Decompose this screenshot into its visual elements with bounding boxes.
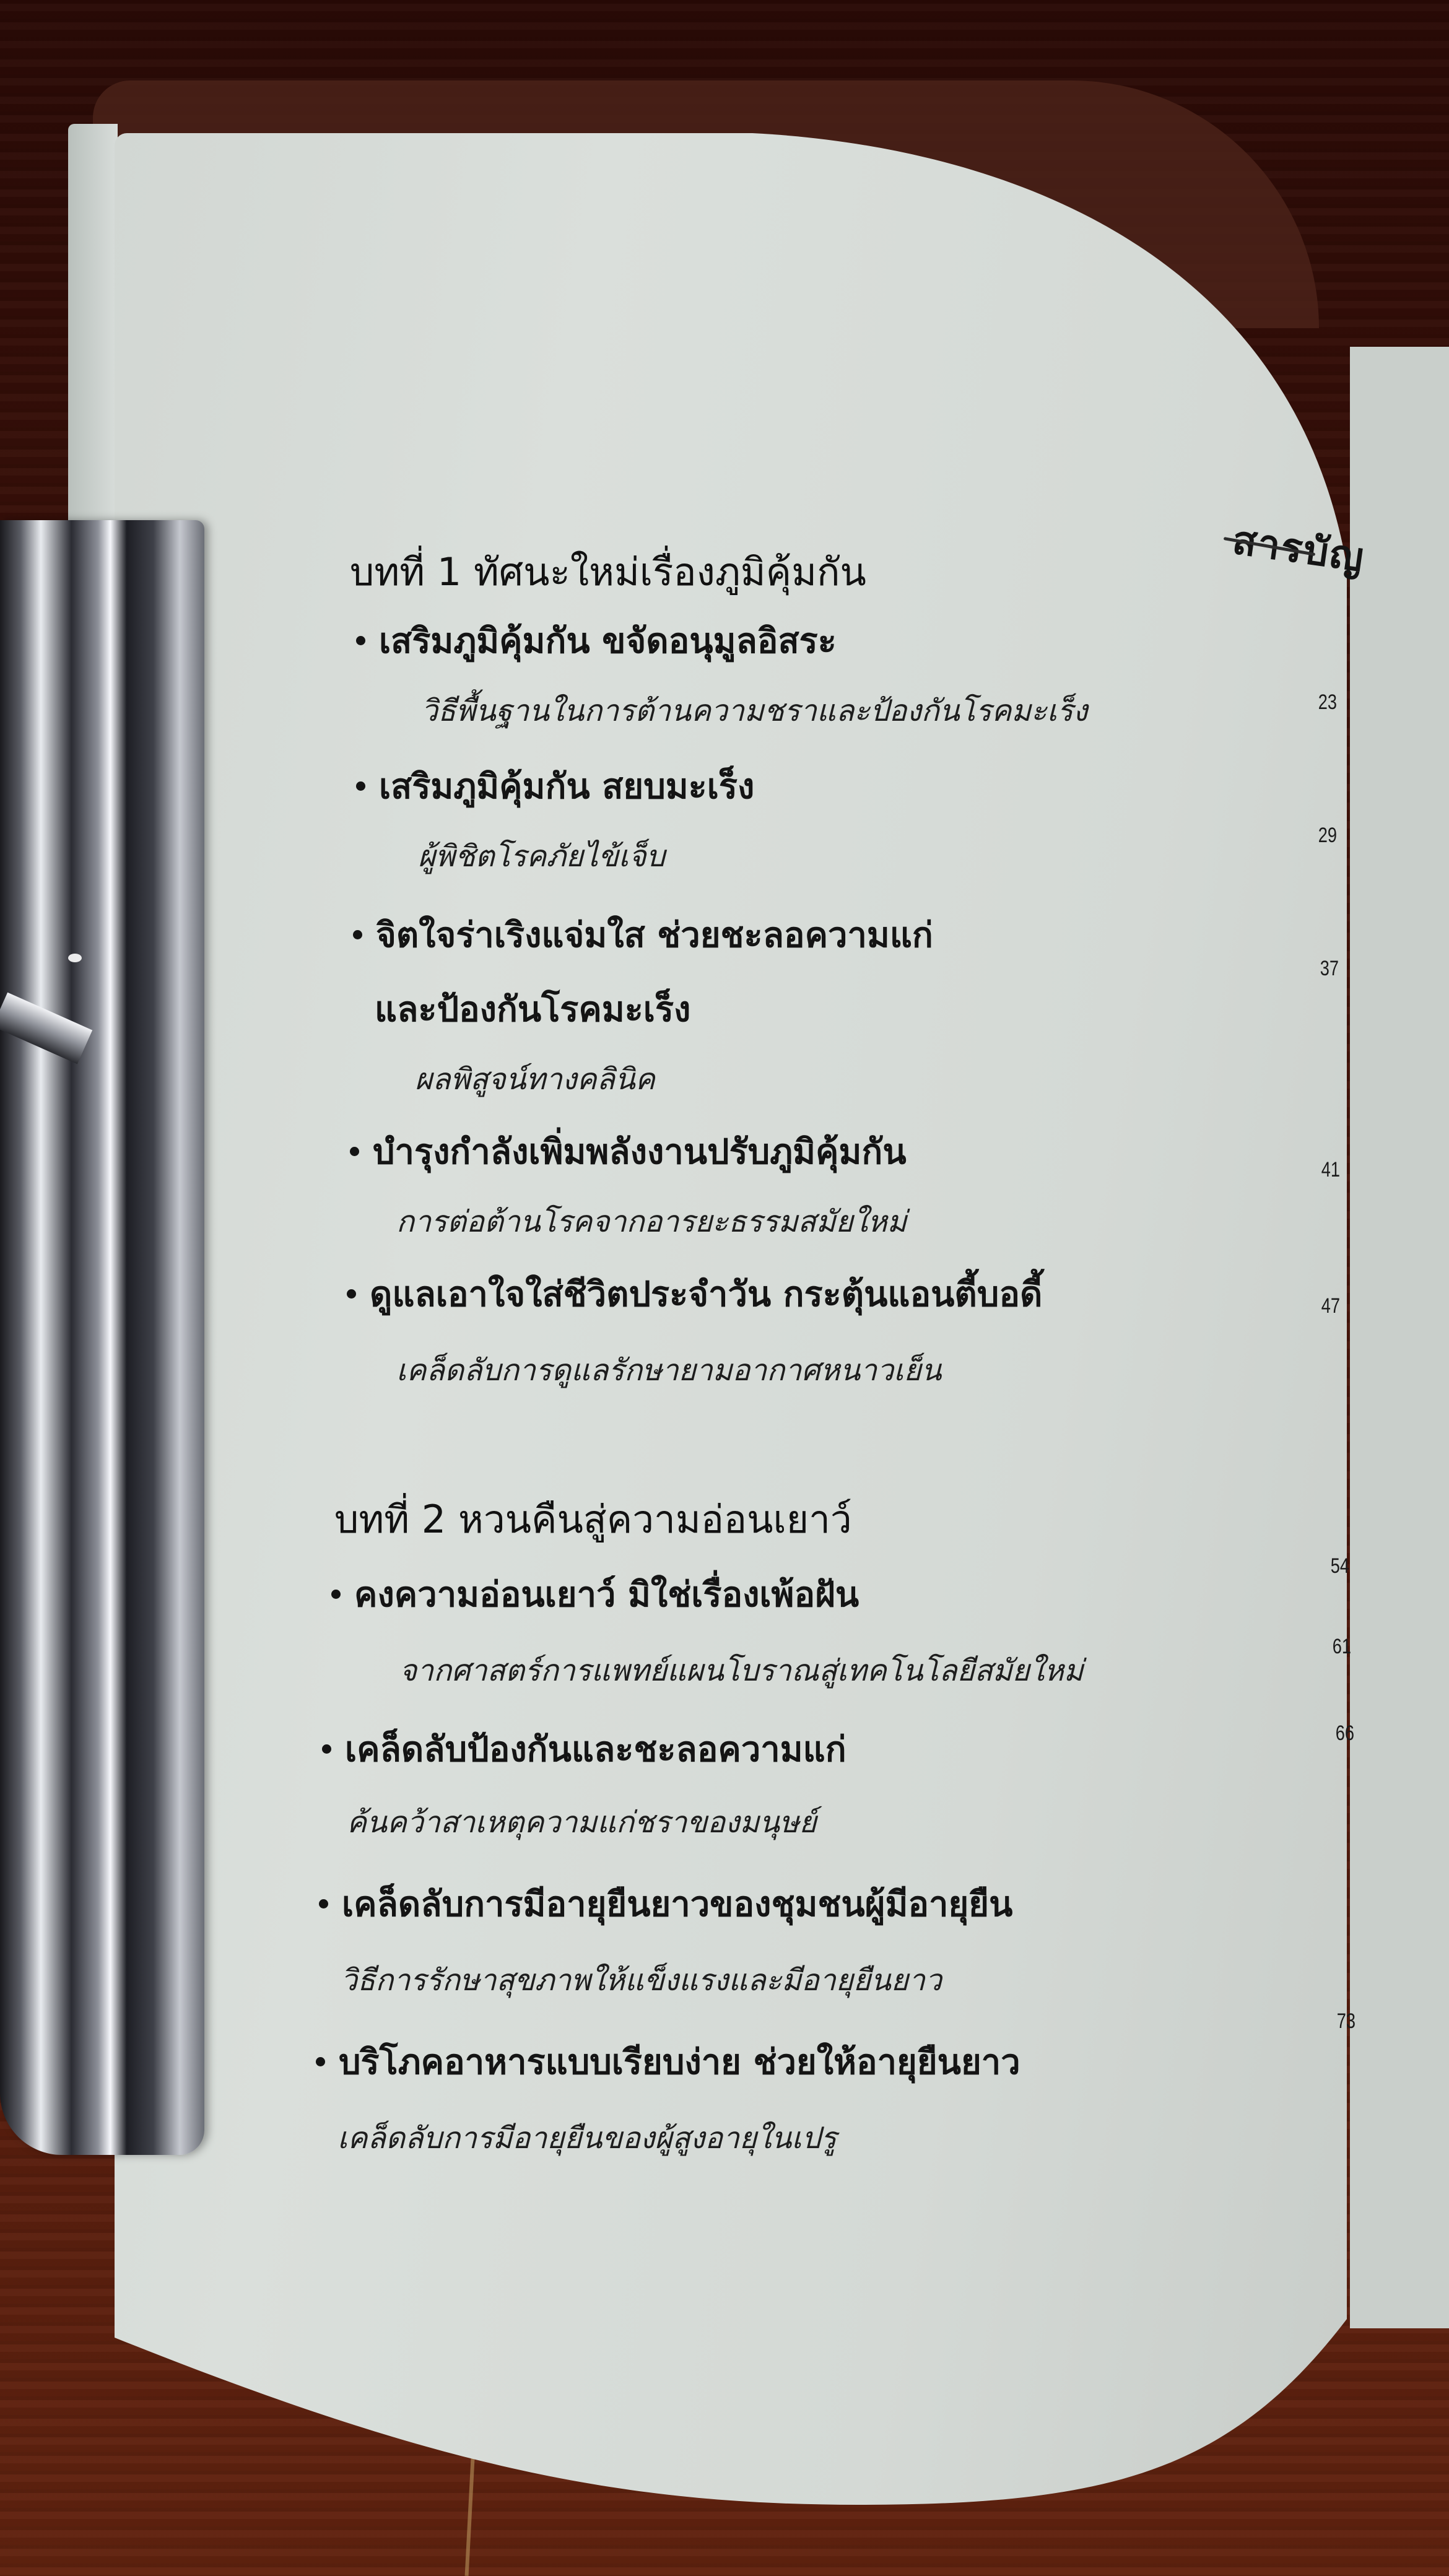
- toc-page-number: 47: [1321, 1294, 1340, 1318]
- toc-entry-title: เสริมภูมิคุ้มกัน สยบมะเร็ง: [356, 759, 754, 814]
- toc-page-number: 54: [1331, 1554, 1349, 1578]
- bullet-icon: [356, 636, 365, 645]
- bullet-icon: [347, 1289, 356, 1299]
- toc-entry-subtitle: วิธีการรักษาสุขภาพให้แข็งแรงและมีอายุยืน…: [341, 1957, 942, 2004]
- bullet-icon: [319, 1899, 328, 1908]
- metal-binder-clip: [0, 520, 204, 2155]
- toc-page-number: 61: [1333, 1635, 1351, 1659]
- toc-entry-subtitle: วิธีพื้นฐานในการต้านความชราและป้องกันโรค…: [421, 687, 1087, 734]
- toc-entry-title: เคล็ดลับป้องกันและชะลอความแก่: [322, 1721, 846, 1777]
- toc-page-number: 37: [1320, 957, 1339, 981]
- toc-page-number: 23: [1318, 690, 1337, 715]
- clip-highlight: [68, 954, 82, 962]
- underlying-page-edge: [1350, 347, 1449, 2328]
- toc-entry-subtitle: การต่อต้านโรคจากอารยะธรรมสมัยใหม่: [396, 1198, 907, 1245]
- toc-page-number: 29: [1318, 824, 1337, 848]
- bullet-icon: [322, 1744, 331, 1754]
- toc-entry-title: คงความอ่อนเยาว์ มิใช่เรื่องเพ้อฝัน: [331, 1567, 859, 1622]
- toc-entry-title: บริโภคอาหารแบบเรียบง่าย ช่วยให้อายุยืนยา…: [316, 2034, 1020, 2089]
- toc-entry-title: เคล็ดลับการมีอายุยืนยาวของชุมชนผู้มีอายุ…: [319, 1876, 1012, 1931]
- bullet-icon: [353, 930, 362, 939]
- toc-page-number: 73: [1337, 2009, 1355, 2034]
- toc-entry-subtitle: เคล็ดลับการดูแลรักษายามอากาศหนาวเย็น: [396, 1347, 941, 1394]
- bullet-icon: [316, 2057, 325, 2066]
- chapter-2-title: บทที่ 2 หวนคืนสู่ความอ่อนเยาว์: [334, 1489, 852, 1550]
- toc-page-number: 41: [1321, 1158, 1340, 1182]
- toc-entry-title: บำรุงกำลังเพิ่มพลังงานปรับภูมิคุ้มกัน: [350, 1124, 907, 1179]
- toc-entry-subtitle: จากศาสตร์การแพทย์แผนโบราณสู่เทคโนโลยีสมั…: [399, 1647, 1084, 1694]
- toc-page-number: 66: [1336, 1721, 1354, 1746]
- toc-entry-subtitle: เคล็ดลับการมีอายุยืนของผู้สูงอายุในเปรู: [337, 2115, 837, 2162]
- toc-entry-subtitle: ผู้พิชิตโรคภัยไข้เจ็บ: [418, 833, 665, 880]
- toc-entry-subtitle: ผลพิสูจน์ทางคลินิค: [415, 1056, 655, 1103]
- toc-entry-title-line2: และป้องกันโรคมะเร็ง: [375, 981, 690, 1037]
- toc-entry-title: ดูแลเอาใจใส่ชีวิตประจำวัน กระตุ้นแอนตี้บ…: [347, 1266, 1042, 1321]
- bullet-icon: [331, 1590, 341, 1599]
- bullet-icon: [356, 781, 365, 791]
- bullet-icon: [350, 1147, 359, 1156]
- toc-entry-title: เสริมภูมิคุ้มกัน ขจัดอนุมูลอิสระ: [356, 613, 837, 668]
- toc-entry-title: จิตใจร่าเริงแจ่มใส ช่วยชะลอความแก่: [353, 907, 933, 962]
- chapter-1-title: บทที่ 1 ทัศนะใหม่เรื่องภูมิคุ้มกัน: [350, 542, 866, 603]
- toc-entry-subtitle: ค้นคว้าสาเหตุความแก่ชราของมนุษย์: [347, 1799, 817, 1846]
